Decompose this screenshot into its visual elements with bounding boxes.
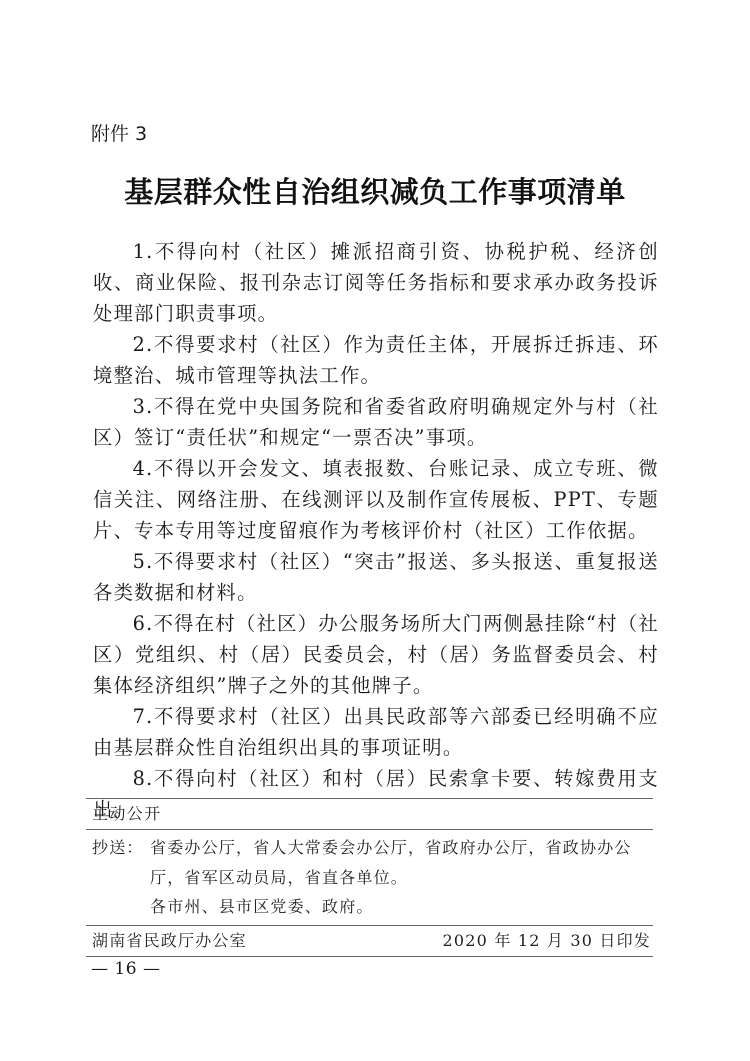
divider bbox=[86, 956, 653, 957]
document-title: 基层群众性自治组织减负工作事项清单 bbox=[0, 172, 750, 212]
list-item: 6.不得在村（社区）办公服务场所大门两侧悬挂除“村（社区）党组织、村（居）民委员… bbox=[93, 608, 659, 701]
attachment-label: 附件 3 bbox=[91, 122, 147, 146]
page-number: — 16 — bbox=[91, 957, 160, 981]
issuer: 湖南省民政厅办公室 bbox=[92, 926, 247, 956]
list-item: 7.不得要求村（社区）出具民政部等六部委已经明确不应由基层群众性自治组织出具的事… bbox=[93, 701, 659, 763]
list-item: 2.不得要求村（社区）作为责任主体，开展拆迁拆违、环境整治、城市管理等执法工作。 bbox=[93, 329, 659, 391]
cc-line-3: 各市州、县市区党委、政府。 bbox=[92, 892, 653, 922]
issue-date: 2020 年 12 月 30 日印发 bbox=[443, 926, 651, 956]
item-list: 1.不得向村（社区）摊派招商引资、协税护税、经济创收、商业保险、报刊杂志订阅等任… bbox=[93, 236, 659, 825]
cc-recipients: 抄送： 省委办公厅，省人大常委会办公厅，省政府办公厅，省政协办公 厅，省军区动员… bbox=[86, 830, 653, 925]
document-footer: 主动公开 抄送： 省委办公厅，省人大常委会办公厅，省政府办公厅，省政协办公 厅，… bbox=[86, 798, 653, 957]
cc-label: 抄送： bbox=[92, 833, 150, 863]
document-page: 附件 3 基层群众性自治组织减负工作事项清单 1.不得向村（社区）摊派招商引资、… bbox=[0, 0, 750, 1061]
list-item: 3.不得在党中央国务院和省委省政府明确规定外与村（社区）签订“责任状”和规定“一… bbox=[93, 391, 659, 453]
cc-line-1: 省委办公厅，省人大常委会办公厅，省政府办公厅，省政协办公 bbox=[150, 833, 632, 863]
list-item: 4.不得以开会发文、填表报数、台账记录、成立专班、微信关注、网络注册、在线测评以… bbox=[93, 453, 659, 546]
list-item: 1.不得向村（社区）摊派招商引资、协税护税、经济创收、商业保险、报刊杂志订阅等任… bbox=[93, 236, 659, 329]
list-item: 5.不得要求村（社区）“突击”报送、多头报送、重复报送各类数据和材料。 bbox=[93, 546, 659, 608]
issue-info: 湖南省民政厅办公室 2020 年 12 月 30 日印发 bbox=[86, 926, 653, 956]
cc-line-2: 厅，省军区动员局，省直各单位。 bbox=[92, 863, 653, 893]
disclosure-type: 主动公开 bbox=[86, 799, 653, 829]
